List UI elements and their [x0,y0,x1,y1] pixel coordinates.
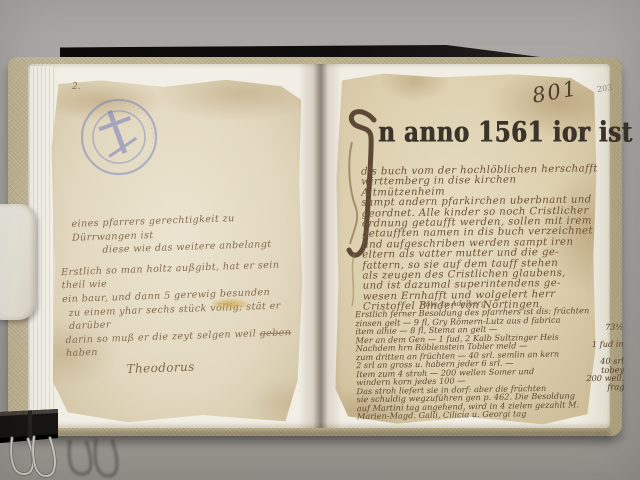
right-page-account-list: Erstlich ferner Besoldung des pfarrhers … [355,306,609,421]
heading-text: n anno 1561 ior ist [378,116,632,149]
struck-word: geben [259,327,291,339]
left-page-number: 2. [72,82,81,92]
binder-clip [0,402,178,480]
svg-text:· · · · · · · · · · · · · · ·: · · · · · · · · · · · · · · · · · · [119,99,157,166]
account-amount: 1 fud in [592,340,624,349]
heading-blackletter: n anno 1561 ior ist [378,116,610,149]
stamp-rim-text: · · · · · · · · · · · · · · · · · · [119,99,157,166]
left-page-handwriting: eines pfarrers gerechtigkeit zu Dürrwang… [59,210,304,379]
ink-smudge [212,299,248,309]
cloth-weight [0,204,36,320]
blue-archive-stamp-icon: · · · · · · · · · · · · · · · · · · [76,94,162,180]
account-amount: frag [607,382,624,391]
stamp-cross-icon [94,105,140,159]
account-amount: 73½ [605,323,624,332]
manuscript-photo: 2. · · · · · · · · · · · · · · · · · · e… [0,0,640,480]
right-page-body-text: dis buch vom der hochlöblichen herschaff… [361,164,603,313]
book-gutter [298,64,342,428]
line-text: haben [66,347,98,359]
